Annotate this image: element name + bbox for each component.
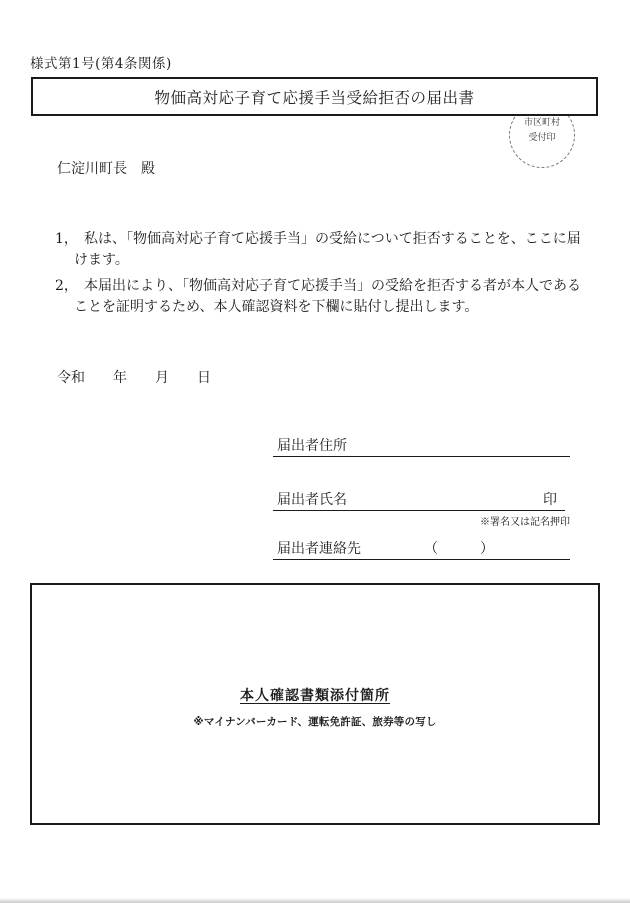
date-line: 令和 年 月 日 [57,367,211,387]
statement-item-1: 1， 私は、「物価高対応子育て応援手当」の受給について拒否することを、ここに届 … [74,229,604,271]
id-attachment-box: 本人確認書類添付箇所 ※マイナンバーカード、運転免許証、旅券等の写し [30,583,600,825]
seal-mark: 印 [543,490,565,510]
item-text-line: 私は、「物価高対応子育て応援手当」の受給について拒否することを、ここに届 [74,229,604,250]
title-box: 物価高対応子育て応援手当受給拒否の届出書 [31,77,598,116]
applicant-contact-label: 届出者連絡先 [273,541,361,557]
item-text-line: ことを証明するため、本人確認資料を下欄に貼付し提出します。 [74,297,604,318]
item-text-line: けます。 [74,250,604,271]
stamp-line-municipality: 市区町村 [510,116,574,131]
applicant-name-label: 届出者氏名 [273,490,347,510]
addressee-line: 仁淀川町長 殿 [57,158,155,178]
document-page: 様式第1号(第4条関係) 市区町村 受付印 物価高対応子育て応援手当受給拒否の届… [0,0,630,903]
applicant-address-label: 届出者住所 [273,438,347,454]
applicant-address-field: 届出者住所 [273,436,570,457]
form-number: 様式第1号(第4条関係) [30,52,172,72]
attachment-box-heading: 本人確認書類添付箇所 [240,685,390,705]
document-title: 物価高対応子育て応援手当受給拒否の届出書 [154,86,474,108]
statement-item-2: 2， 本届出により、「物価高対応子育て応援手当」の受給を拒否する者が本人である … [74,276,604,318]
stamp-line-reception: 受付印 [510,131,574,146]
scan-edge-artifact [0,898,630,903]
applicant-contact-field: 届出者連絡先 （ ） [273,539,570,560]
signature-note: ※署名又は記名押印 [273,513,570,528]
item-text-line: 本届出により、「物価高対応子育て応援手当」の受給を拒否する者が本人である [74,276,604,297]
item-number: 2， [55,276,78,297]
phone-parentheses: （ ） [424,539,494,559]
applicant-name-field: 届出者氏名 印 [273,490,565,511]
item-number: 1， [55,229,78,250]
attachment-box-note: ※マイナンバーカード、運転免許証、旅券等の写し [193,714,436,729]
